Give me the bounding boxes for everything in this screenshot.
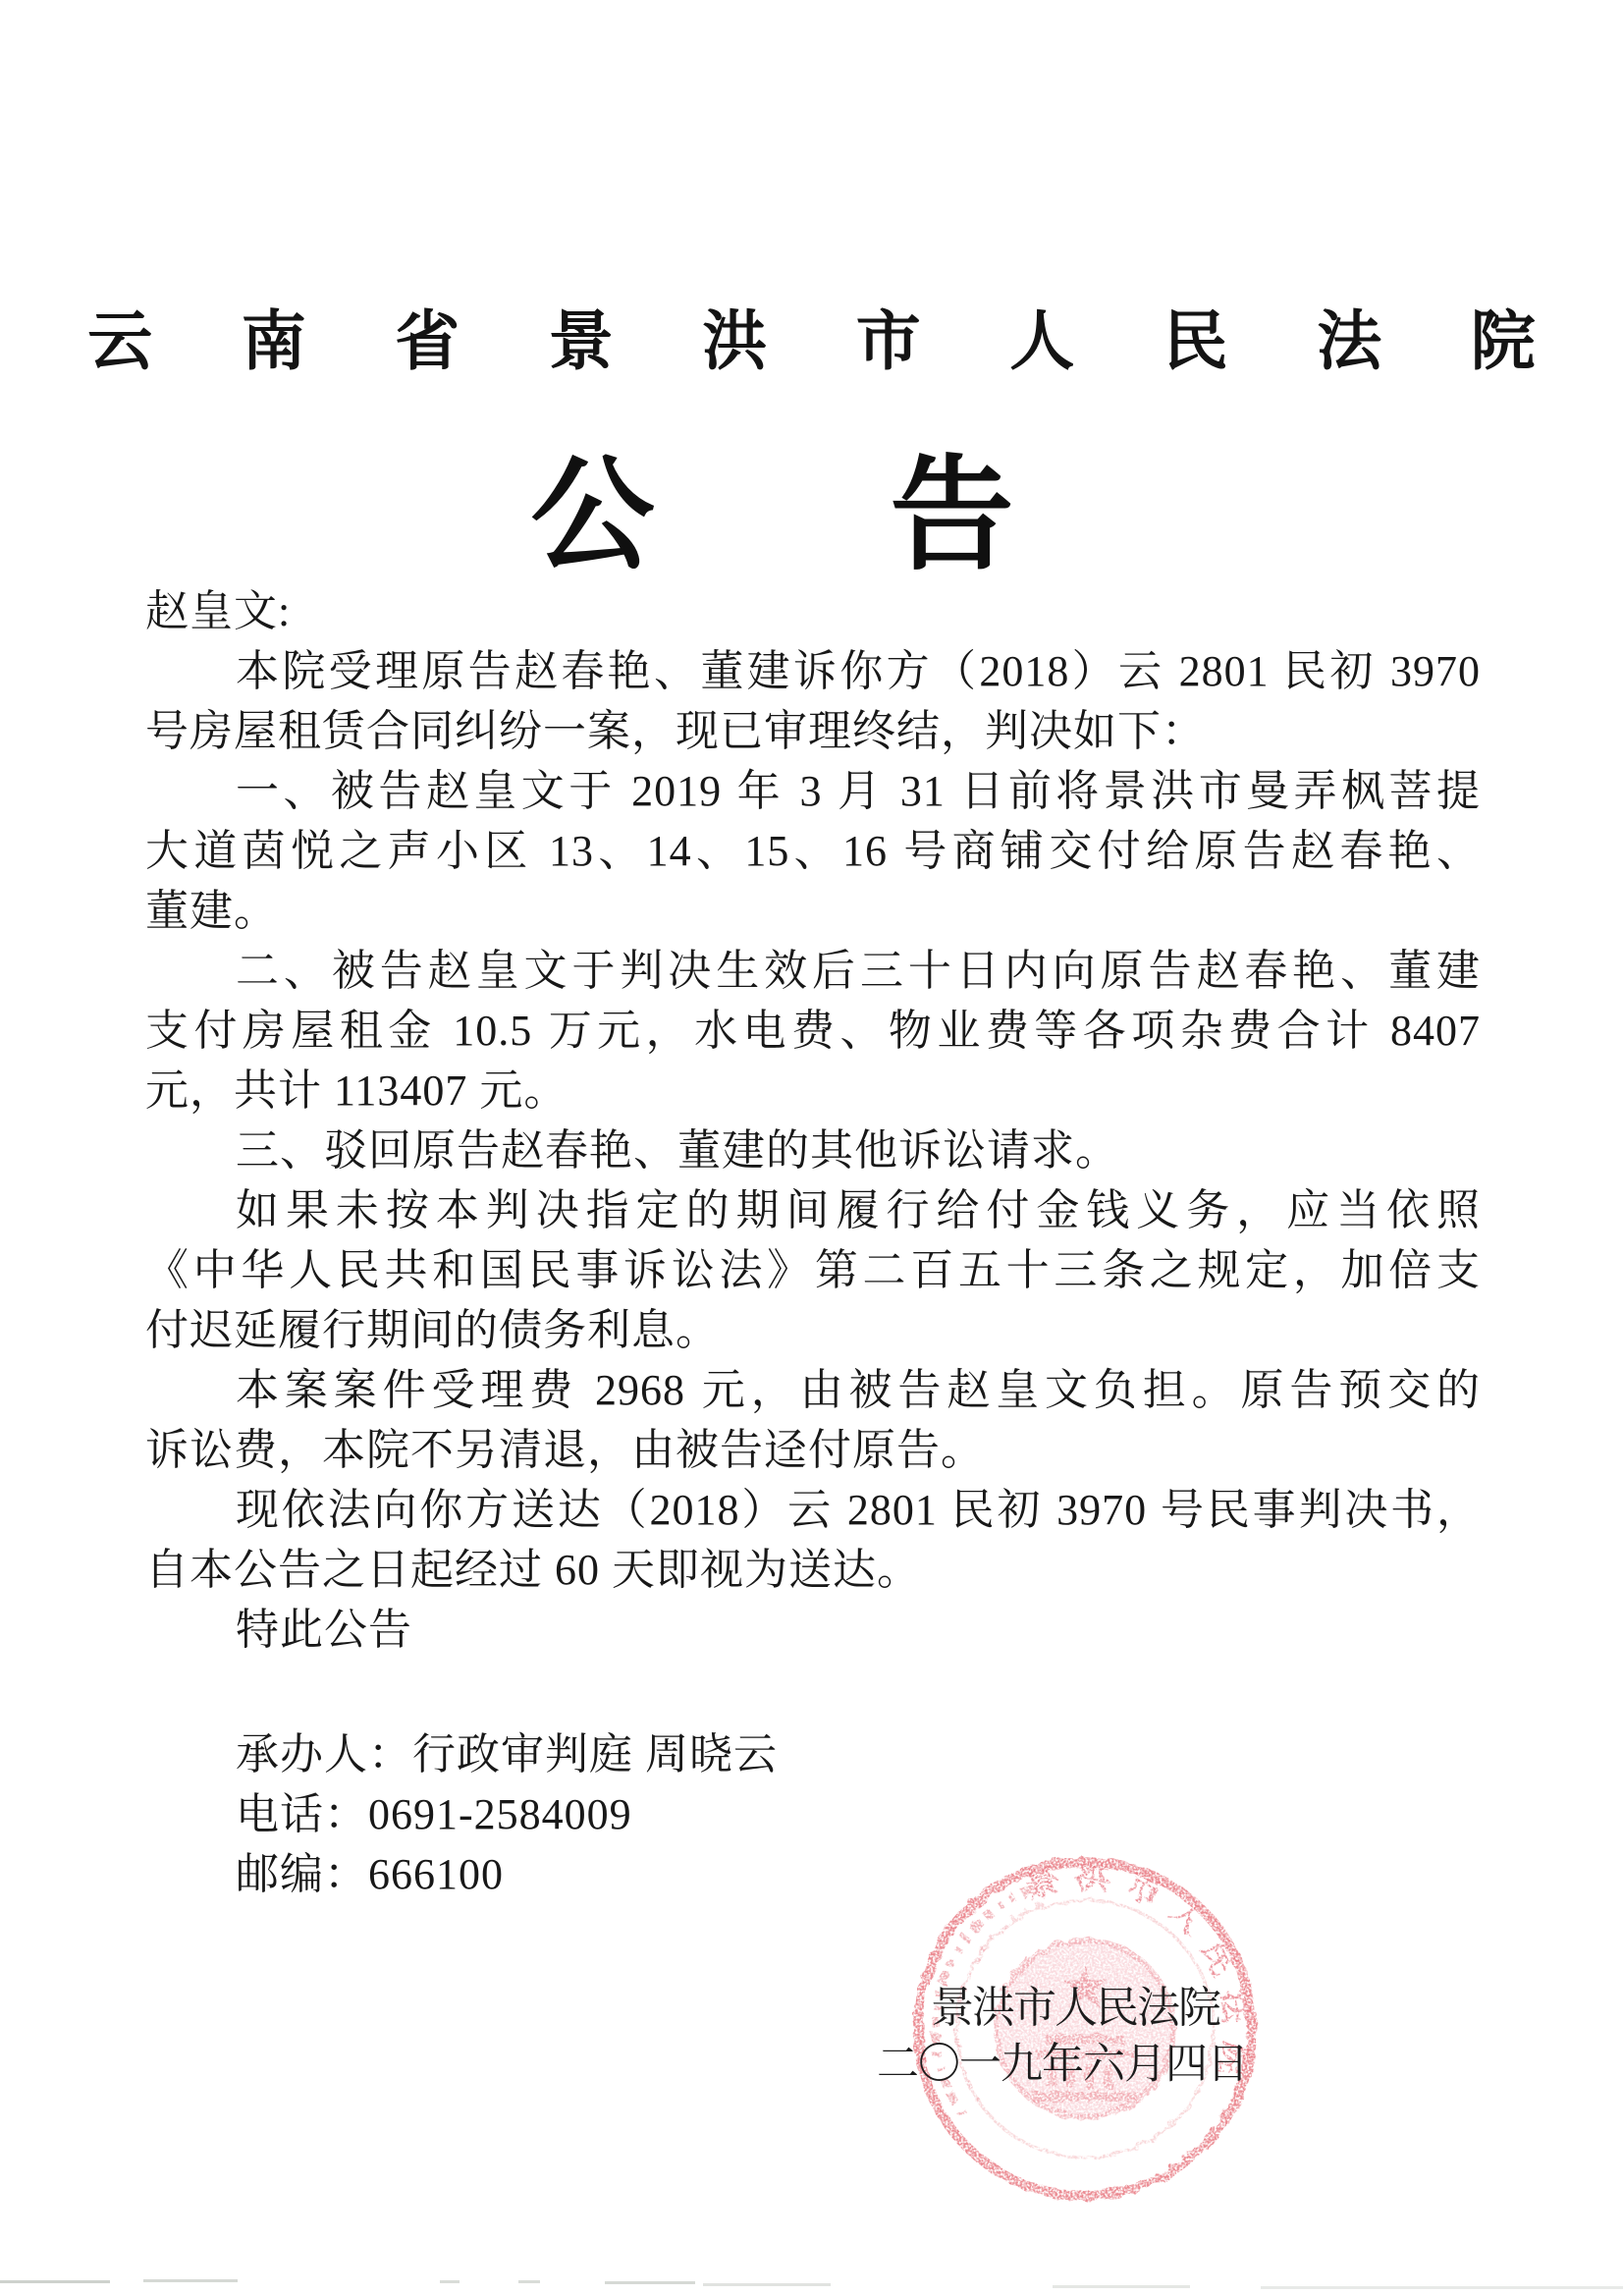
body-line: 元，共计 113407 元。 <box>145 1061 1481 1121</box>
body-line: 董建。 <box>145 881 1481 941</box>
body-line: 一、被告赵皇文于 2019 年 3 月 31 日前将景洪市曼弄枫菩提 <box>145 761 1481 821</box>
closing-line: 特此公告 <box>145 1600 1481 1660</box>
body-line: 付迟延履行期间的债务利息。 <box>145 1300 1481 1360</box>
notice-body: 赵皇文: 本院受理原告赵春艳、董建诉你方（2018）云 2801 民初 3970… <box>145 581 1481 1904</box>
scan-artifact <box>703 2283 831 2286</box>
contact-postcode-line: 邮编：666100 <box>145 1844 1481 1904</box>
body-line: 《中华人民共和国民事诉讼法》第二百五十三条之规定，加倍支 <box>145 1240 1481 1300</box>
notice-title-char-1: 公 <box>531 416 655 594</box>
signature-date: 二〇一九年六月四日 <box>877 2031 1248 2091</box>
body-line: 如果未按本判决指定的期间履行给付金钱义务，应当依照 <box>145 1180 1481 1240</box>
scan-artifact <box>1261 2286 1623 2289</box>
body-line: 大道茵悦之声小区 13、14、15、16 号商铺交付给原告赵春艳、 <box>145 821 1481 881</box>
scan-artifact <box>143 2279 238 2282</box>
signature-court-name: 景洪市人民法院 <box>931 1972 1219 2035</box>
body-line: 自本公告之日起经过 60 天即视为送达。 <box>145 1540 1481 1600</box>
notice-title-char-2: 告 <box>891 416 1014 594</box>
scan-artifact <box>518 2280 540 2283</box>
body-line: 本院受理原告赵春艳、董建诉你方（2018）云 2801 民初 3970 <box>145 641 1481 701</box>
scanned-court-notice-page: 云 南 省 景 洪 市 人 民 法 院 公 告 赵皇文: 本院受理原告赵春艳、董… <box>0 0 1623 2296</box>
contact-block: 承办人：行政审判庭 周晓云 电话：0691-2584009 邮编：666100 <box>145 1724 1481 1904</box>
contact-handler-line: 承办人：行政审判庭 周晓云 <box>145 1724 1481 1784</box>
notice-title: 公 告 <box>0 416 1584 594</box>
body-line: 支付房屋租金 10.5 万元，水电费、物业费等各项杂费合计 8407 <box>145 1001 1481 1061</box>
court-title: 云 南 省 景 洪 市 人 民 法 院 <box>0 289 1623 382</box>
body-line: 诉讼费，本院不另清退，由被告迳付原告。 <box>145 1420 1481 1480</box>
scan-artifact <box>1053 2285 1190 2288</box>
scan-artifact <box>605 2281 695 2284</box>
body-line: 本案案件受理费 2968 元，由被告赵皇文负担。原告预交的 <box>145 1360 1481 1420</box>
body-line: 三、驳回原告赵春艳、董建的其他诉讼请求。 <box>145 1121 1481 1180</box>
recipient-line: 赵皇文: <box>145 581 1481 641</box>
body-line: 号房屋租赁合同纠纷一案，现已审理终结，判决如下： <box>145 701 1481 761</box>
scan-artifact <box>440 2280 460 2283</box>
body-line: 现依法向你方送达（2018）云 2801 民初 3970 号民事判决书， <box>145 1480 1481 1540</box>
contact-phone-line: 电话：0691-2584009 <box>145 1784 1481 1844</box>
body-line: 二、被告赵皇文于判决生效后三十日内向原告赵春艳、董建 <box>145 941 1481 1001</box>
scan-artifact <box>0 2280 110 2283</box>
